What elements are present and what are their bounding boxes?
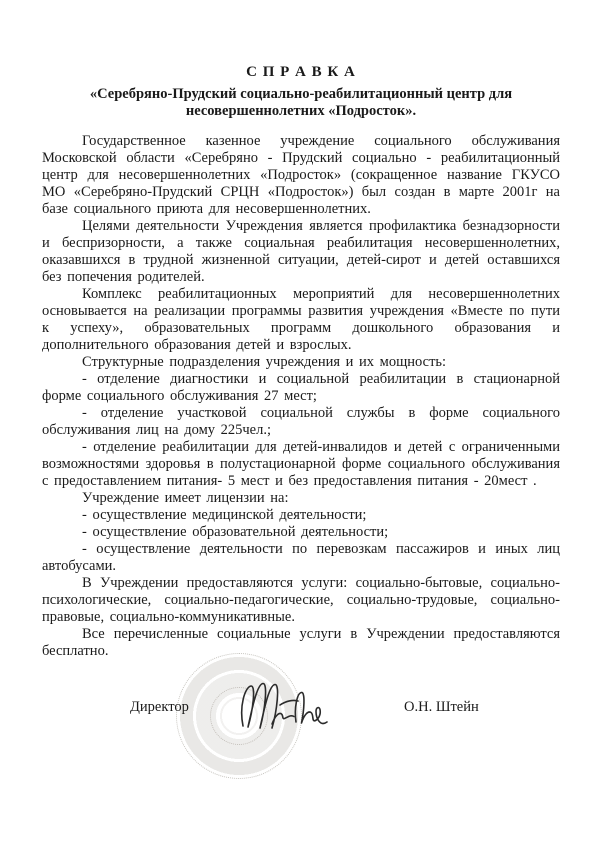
document-subtitle: «Серебряно-Прудский социально-реабилитац… [81,86,521,120]
handwritten-signature-icon [236,676,336,738]
seal-inner-ring [210,687,268,745]
paragraph-license-medical: - осуществление медицинской деятельности… [42,507,560,524]
paragraph-division-diagnostics: - отделение диагностики и социальной реа… [42,371,560,405]
director-role-label: Директор [130,699,189,716]
paragraph-division-rehabilitation: - отделение реабилитации для детей-инвал… [42,439,560,490]
document-body: Государственное казенное учреждение соци… [42,133,560,660]
document-content: С П Р А В К А «Серебряно-Прудский социал… [0,0,600,660]
signatory-name: О.Н. Штейн [404,699,479,716]
paragraph-about-institution: Государственное казенное учреждение соци… [42,133,560,218]
paragraph-free-of-charge: Все перечисленные социальные услуги в Уч… [42,626,560,660]
paragraph-services: В Учреждении предоставляются услуги: соц… [42,575,560,626]
paragraph-divisions-heading: Структурные подразделения учреждения и и… [42,354,560,371]
paragraph-license-education: - осуществление образовательной деятельн… [42,524,560,541]
paragraph-division-local-service: - отделение участковой социальной службы… [42,405,560,439]
document-page: С П Р А В К А «Серебряно-Прудский социал… [0,0,600,849]
paragraph-licenses-heading: Учреждение имеет лицензии на: [42,490,560,507]
paragraph-license-transport: - осуществление деятельности по перевозк… [42,541,560,575]
round-seal-stamp-icon [176,653,302,779]
document-title: С П Р А В К А [42,64,560,81]
paragraph-programs: Комплекс реабилитационных мероприятий дл… [42,286,560,354]
paragraph-goals: Целями деятельности Учреждения является … [42,218,560,286]
